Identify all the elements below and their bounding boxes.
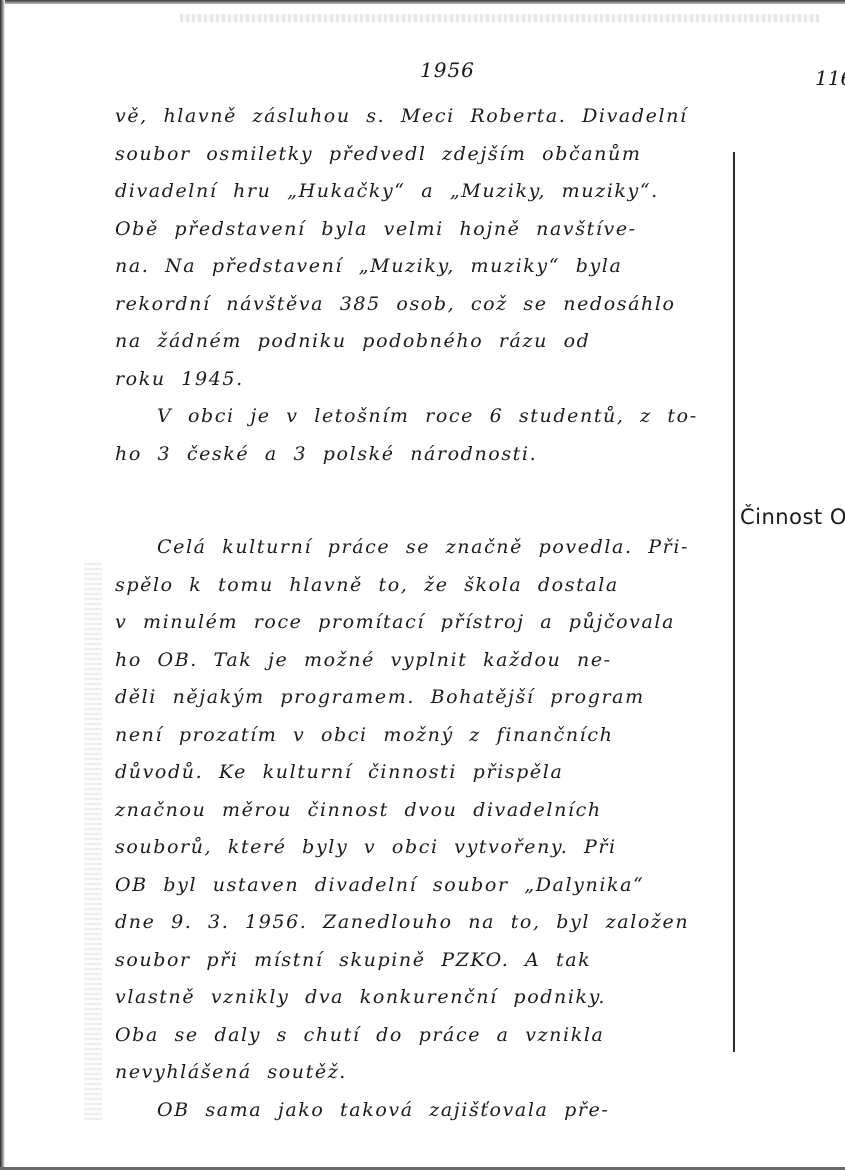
text-line: vlastně vznikly dva konkurenční podniky. <box>115 979 735 1017</box>
text-line: spělo k tomu hlavně to, že škola dostala <box>115 567 735 605</box>
text-line: OB byl ustaven divadelní soubor „Dalynik… <box>115 867 735 905</box>
text-line: není prozatím v obci možný z finančních <box>115 717 735 755</box>
text-line: souborů, které byly v obci vytvořeny. Př… <box>115 829 735 867</box>
text-line: roku 1945. <box>115 361 735 399</box>
scan-noise-left <box>84 560 102 1120</box>
handwritten-text-body: vě, hlavně zásluhou s. Meci Roberta. Div… <box>115 98 735 1129</box>
year-header: 1956 <box>420 58 475 82</box>
text-line: děli nějakým programem. Bohatější progra… <box>115 679 735 717</box>
text-line: soubor při místní skupině PZKO. A tak <box>115 942 735 980</box>
text-line: dne 9. 3. 1956. Zanedlouho na to, byl za… <box>115 904 735 942</box>
text-line: ho 3 české a 3 polské národnosti. <box>115 436 735 474</box>
text-line: OB sama jako taková zajišťovala pře- <box>115 1092 735 1130</box>
scan-top-edge <box>0 0 845 4</box>
text-line: na. Na představení „Muziky, muziky“ byla <box>115 248 735 286</box>
text-line: značnou měrou činnost dvou divadelních <box>115 792 735 830</box>
paragraph-gap <box>115 473 735 529</box>
text-line: soubor osmiletky předvedl zdejším občanů… <box>115 136 735 174</box>
text-line: nevyhlášená soutěž. <box>115 1054 735 1092</box>
text-line: na žádném podniku podobného rázu od <box>115 323 735 361</box>
scan-noise-top <box>180 14 820 22</box>
text-line: vě, hlavně zásluhou s. Meci Roberta. Div… <box>115 98 735 136</box>
text-line: Oba se daly s chutí do práce a vznikla <box>115 1017 735 1055</box>
text-line: Obě představení byla velmi hojně navštív… <box>115 211 735 249</box>
text-line: rekordní návštěva 385 osob, což se nedos… <box>115 286 735 324</box>
text-line: důvodů. Ke kulturní činnosti přispěla <box>115 754 735 792</box>
text-line: Celá kulturní práce se značně povedla. P… <box>115 529 735 567</box>
text-line: ho OB. Tak je možné vyplnit každou ne- <box>115 642 735 680</box>
page-number: 116 <box>815 66 845 90</box>
margin-note: Činnost OB <box>740 505 845 529</box>
text-line: v minulém roce promítací přístroj a půjč… <box>115 604 735 642</box>
text-line: V obci je v letošním roce 6 studentů, z … <box>115 398 735 436</box>
text-line: divadelní hru „Hukačky“ a „Muziky, muzik… <box>115 173 735 211</box>
scan-left-edge <box>0 0 5 1170</box>
